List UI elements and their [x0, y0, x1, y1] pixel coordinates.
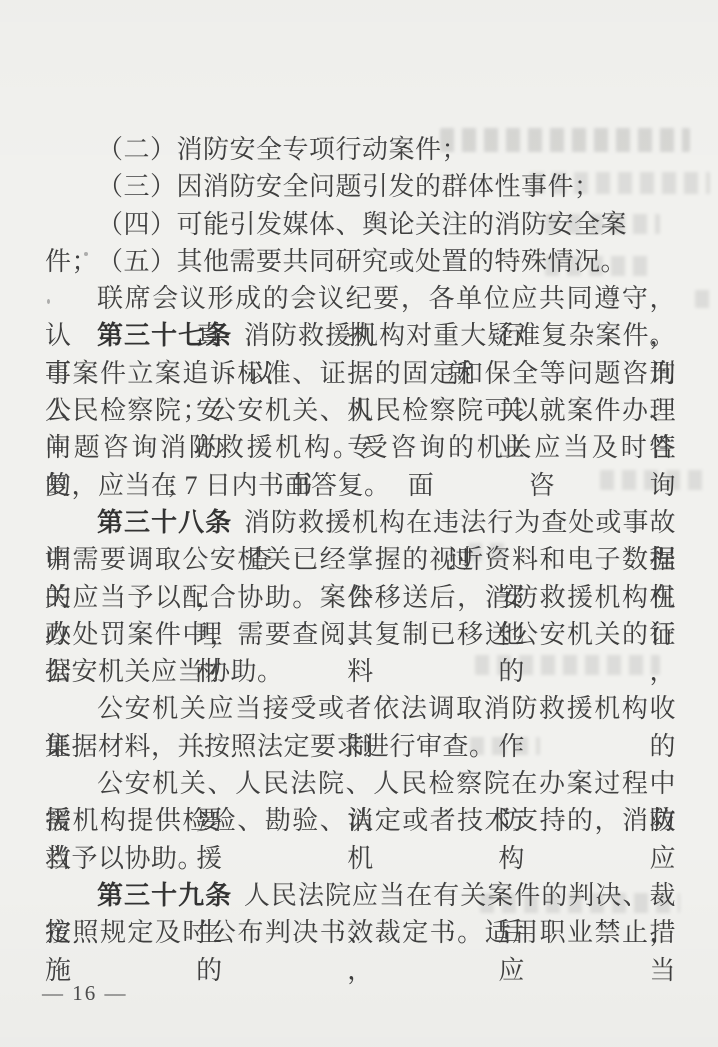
- text-block: （二）消防安全专项行动案件；（三）因消防安全问题引发的群体性事件；（四）可能引发…: [45, 131, 676, 952]
- bleedthrough-artifact: [695, 290, 715, 308]
- text-line: （五）其他需要共同研究或处置的特殊情况。: [45, 243, 676, 280]
- text-line: 援机构提供检验、勘验、认定或者技术支持的，消防救援机构应: [45, 802, 676, 839]
- text-line: （二）消防安全专项行动案件；: [45, 131, 676, 168]
- article-number: 第三十七条: [97, 321, 244, 350]
- page-number: — 16 —: [42, 981, 128, 1006]
- text-line: （四）可能引发媒体、舆论关注的消防安全案件；: [45, 206, 676, 243]
- text-line: 政处罚案件中，需要查阅、复制已移送公安机关的证据材料的，: [45, 616, 676, 653]
- text-line: 第三十九条人民法院应当在有关案件的判决、裁定生效后，: [45, 877, 676, 914]
- text-line: 公安机关、人民法院、人民检察院在办案过程中需要消防救: [45, 765, 676, 802]
- article-number: 第三十八条: [97, 508, 244, 537]
- text-line: 中需要调取公安机关已经掌握的视听资料和电子数据的，公安机: [45, 541, 676, 578]
- text-line: 按照规定及时公布判决书、裁定书。适用职业禁止措施的，应当: [45, 914, 676, 951]
- article-number: 第三十九条: [97, 881, 244, 910]
- text-line: 关应当予以配合协助。案件移送后，消防救援机构在办理其他行: [45, 579, 676, 616]
- text-line: 第三十八条消防救援机构在违法行为查处或事故调查过程: [45, 504, 676, 541]
- text-line: 事案件立案追诉标准、证据的固定和保全等问题咨询公安机关、: [45, 355, 676, 392]
- text-line: 人民检察院；公安机关、人民检察院可以就案件办理中的专业性: [45, 392, 676, 429]
- text-line: （三）因消防安全问题引发的群体性事件；: [45, 168, 676, 205]
- scanned-document-page: （二）消防安全专项行动案件；（三）因消防安全问题引发的群体性事件；（四）可能引发…: [0, 0, 718, 1047]
- text-line: 问题咨询消防救援机构。受咨询的机关应当及时答复；书面咨询: [45, 429, 676, 466]
- text-line: 联席会议形成的会议纪要，各单位应共同遵守，认真执行。: [45, 280, 676, 317]
- text-line: 第三十七条消防救援机构对重大疑难复杂案件，可以就刑: [45, 317, 676, 354]
- text-line: 公安机关应当接受或者依法调取消防救援机构收集、制作的: [45, 690, 676, 727]
